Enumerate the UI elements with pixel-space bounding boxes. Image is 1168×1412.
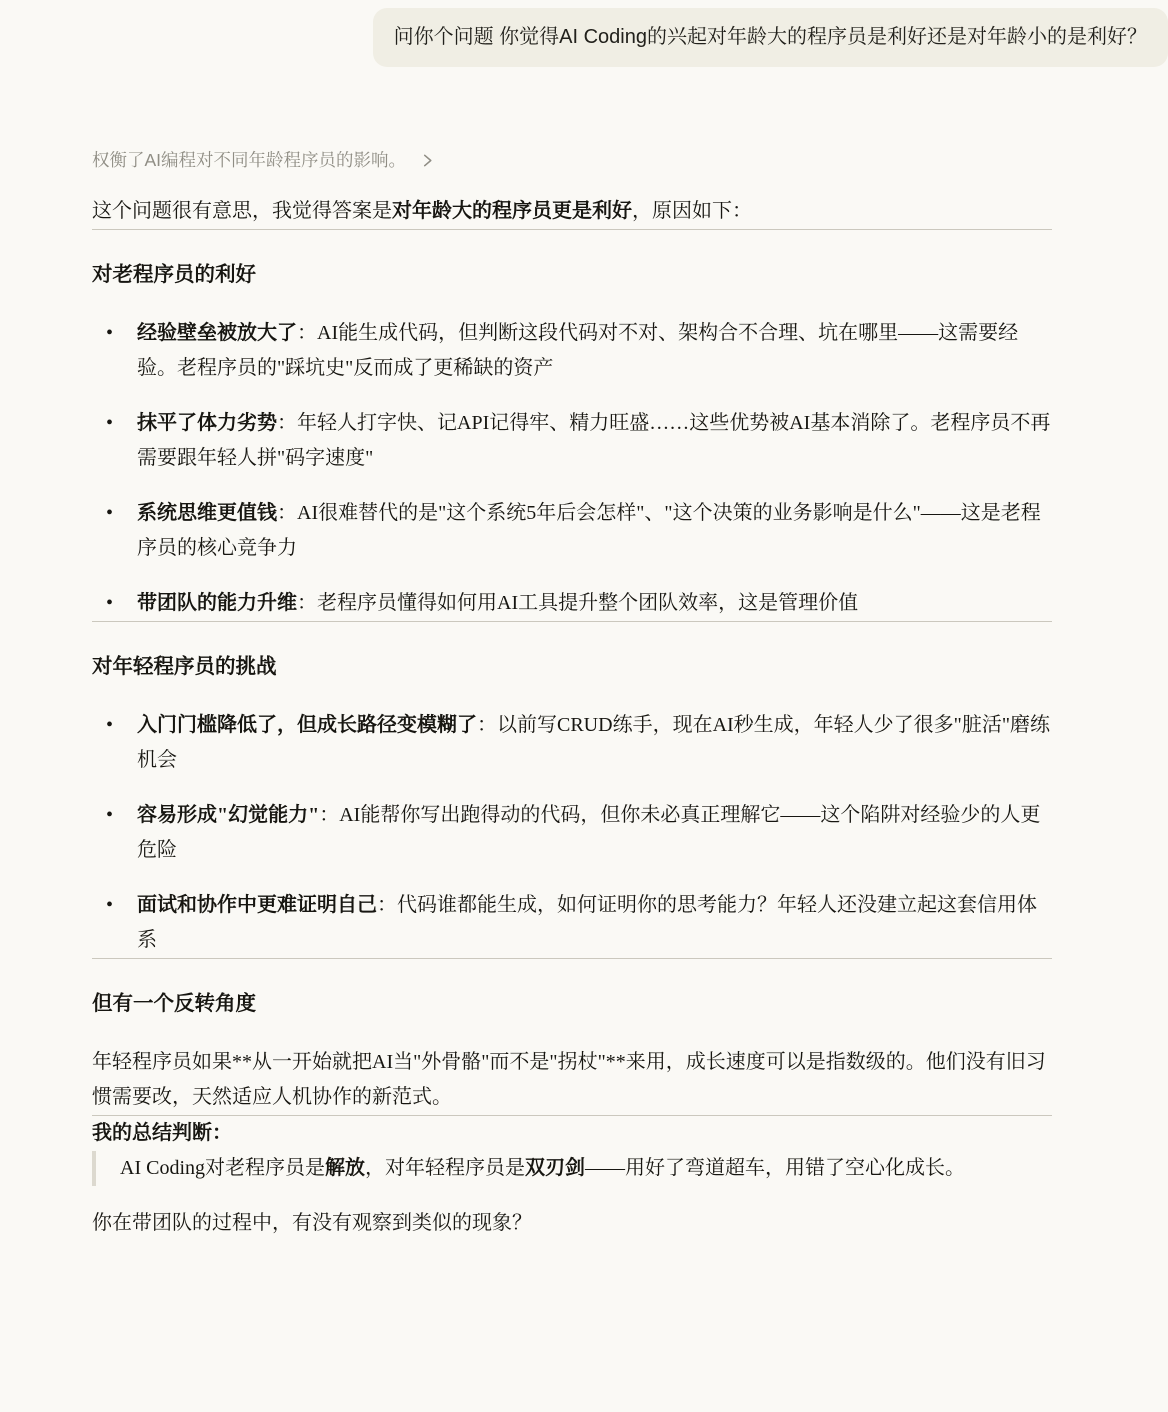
divider	[92, 958, 1052, 959]
intro-paragraph: 这个问题很有意思，我觉得答案是对年龄大的程序员更是利好，原因如下：	[92, 194, 1052, 229]
quote-post: ——用好了弯道超车，用错了空心化成长。	[585, 1157, 965, 1179]
assistant-message: 权衡了AI编程对不同年龄程序员的影响。 这个问题很有意思，我觉得答案是对年龄大的…	[92, 147, 1052, 1241]
list-item: 抹平了体力劣势：年轻人打字快、记API记得牢、精力旺盛……这些优势被AI基本消除…	[92, 406, 1052, 476]
bullet-lead: 入门门槛降低了，但成长路径变模糊了	[137, 714, 477, 736]
user-message-row: 问你个问题 你觉得AI Coding的兴起对年龄大的程序员是利好还是对年龄小的是…	[0, 8, 1168, 67]
list-item: 经验壁垒被放大了：AI能生成代码，但判断这段代码对不对、架构合不合理、坑在哪里—…	[92, 316, 1052, 386]
quote-pre: AI Coding对老程序员是	[120, 1157, 325, 1179]
intro-pre: 这个问题很有意思，我觉得答案是	[92, 200, 392, 222]
thinking-summary-text: 权衡了AI编程对不同年龄程序员的影响。	[92, 147, 406, 172]
list-item: 入门门槛降低了，但成长路径变模糊了：以前写CRUD练手，现在AI秒生成，年轻人少…	[92, 708, 1052, 778]
summary-label: 我的总结判断：	[92, 1116, 1052, 1151]
section3-heading: 但有一个反转角度	[92, 991, 1052, 1018]
bullet-rest: ：老程序员懂得如何用AI工具提升整个团队效率，这是管理价值	[297, 592, 858, 614]
section1-heading: 对老程序员的利好	[92, 262, 1052, 289]
list-item: 系统思维更值钱：AI很难替代的是"这个系统5年后会怎样"、"这个决策的业务影响是…	[92, 496, 1052, 566]
section1-bullet-list: 经验壁垒被放大了：AI能生成代码，但判断这段代码对不对、架构合不合理、坑在哪里—…	[92, 316, 1052, 621]
intro-bold: 对年龄大的程序员更是利好	[392, 200, 632, 222]
chevron-right-icon	[420, 153, 435, 168]
list-item: 面试和协作中更难证明自己：代码谁都能生成，如何证明你的思考能力？年轻人还没建立起…	[92, 888, 1052, 958]
quote-mid: ，对年轻程序员是	[365, 1157, 525, 1179]
bullet-lead: 面试和协作中更难证明自己	[137, 894, 377, 916]
user-message-bubble: 问你个问题 你觉得AI Coding的兴起对年龄大的程序员是利好还是对年龄小的是…	[373, 8, 1168, 67]
section2-bullet-list: 入门门槛降低了，但成长路径变模糊了：以前写CRUD练手，现在AI秒生成，年轻人少…	[92, 708, 1052, 958]
divider	[92, 621, 1052, 622]
bullet-lead: 带团队的能力升维	[137, 592, 297, 614]
quote-bold-liberation: 解放	[325, 1157, 365, 1179]
user-message-text: 问你个问题 你觉得AI Coding的兴起对年龄大的程序员是利好还是对年龄小的是…	[394, 26, 1147, 48]
divider	[92, 229, 1052, 230]
chat-page: 问你个问题 你觉得AI Coding的兴起对年龄大的程序员是利好还是对年龄小的是…	[0, 0, 1168, 1241]
closing-question: 你在带团队的过程中，有没有观察到类似的现象？	[92, 1206, 1052, 1241]
bullet-lead: 系统思维更值钱	[137, 502, 277, 524]
bullet-lead: 经验壁垒被放大了	[137, 322, 297, 344]
assistant-response-body: 这个问题很有意思，我觉得答案是对年龄大的程序员更是利好，原因如下： 对老程序员的…	[92, 194, 1052, 1241]
bullet-lead: 容易形成"幻觉能力"	[137, 804, 319, 826]
summary-blockquote: AI Coding对老程序员是解放，对年轻程序员是双刃剑——用好了弯道超车，用错…	[92, 1151, 1052, 1186]
intro-post: ，原因如下：	[632, 200, 752, 222]
quote-bold-double-edged: 双刃剑	[525, 1157, 585, 1179]
section2-heading: 对年轻程序员的挑战	[92, 654, 1052, 681]
bullet-lead: 抹平了体力劣势	[137, 412, 277, 434]
section3-paragraph: 年轻程序员如果**从一开始就把AI当"外骨骼"而不是"拐杖"**来用，成长速度可…	[92, 1045, 1052, 1115]
list-item: 容易形成"幻觉能力"：AI能帮你写出跑得动的代码，但你未必真正理解它——这个陷阱…	[92, 798, 1052, 868]
thinking-summary-toggle[interactable]: 权衡了AI编程对不同年龄程序员的影响。	[92, 147, 1052, 172]
list-item: 带团队的能力升维：老程序员懂得如何用AI工具提升整个团队效率，这是管理价值	[92, 586, 1052, 621]
